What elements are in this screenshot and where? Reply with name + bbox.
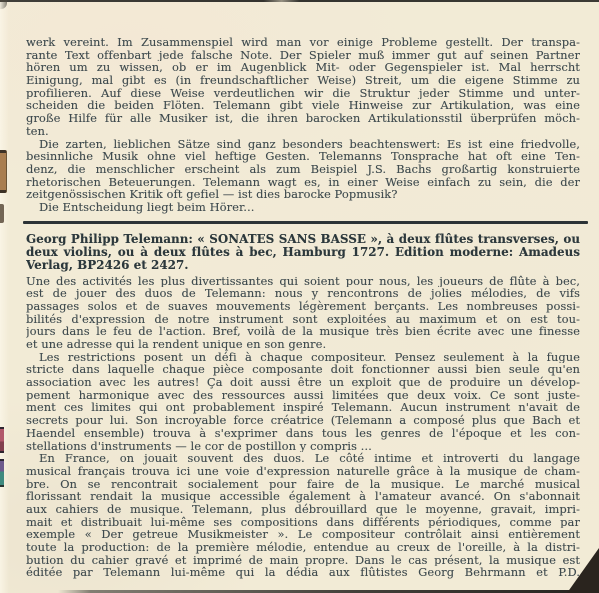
text-line: pement harmonique avec des ressources au…: [26, 389, 580, 402]
text-line: jours dans le feu de l'action. Bref, voi…: [26, 325, 580, 338]
text-line: toute la production: de la première mélo…: [26, 541, 580, 554]
text-line: Verlag, BP2426 et 2427.: [26, 259, 580, 272]
text-line: est de jouer des duos de Telemann: nous …: [26, 287, 580, 300]
text-line: Haendel ensemble) trouva à s'exprimer da…: [26, 427, 580, 440]
text-line: passages solos et de suaves mouvements l…: [26, 300, 580, 313]
scan-edge-top: [0, 0, 599, 2]
french-paragraph-2: Les restrictions posent un défi à chaque…: [26, 351, 580, 453]
adjacent-page-color-sliver: [0, 427, 4, 453]
text-line: bution du cahier gravé et imprimé de mai…: [26, 554, 580, 567]
text-line: hören um zu wissen, ob er im Augenblick …: [26, 61, 580, 74]
text-line: rante Text offenbart jede falsche Note. …: [26, 49, 580, 62]
text-line: Une des activités les plus divertissante…: [26, 275, 580, 288]
binding-mark: [0, 150, 7, 193]
scanned-booklet-page: werk vereint. Im Zusammenspiel wird man …: [0, 0, 599, 593]
page-left-margin: [0, 2, 9, 593]
german-section: werk vereint. Im Zusammenspiel wird man …: [26, 36, 580, 214]
french-section: Georg Philipp Telemann: « SONATES SANS B…: [26, 233, 580, 579]
adjacent-page-color-sliver: [0, 459, 4, 487]
page-corner-shadow: [567, 548, 599, 593]
text-line: ten.: [26, 125, 580, 138]
text-line: rhetorischen Beteuerungen. Telemann wagt…: [26, 176, 580, 189]
section-divider-rule: [23, 221, 588, 224]
text-line: werk vereint. Im Zusammenspiel wird man …: [26, 36, 580, 49]
text-line: association avec les autres! Ça doit aus…: [26, 376, 580, 389]
german-paragraph-1: werk vereint. Im Zusammenspiel wird man …: [26, 36, 580, 138]
french-title: Georg Philipp Telemann: « SONATES SANS B…: [26, 233, 580, 273]
text-line: Einigung, mal gibt es (in freundschaftli…: [26, 74, 580, 87]
text-line: mait et distribuait lui-même ses composi…: [26, 516, 580, 529]
text-line: secrets pour lui. Son incroyable force c…: [26, 414, 580, 427]
text-line: besinnliche Musik ohne viel heftige Gest…: [26, 150, 580, 163]
text-line: aux cahiers de musique. Telemann, plus d…: [26, 503, 580, 516]
text-line: éditée par Telemann lui-même qui la dédi…: [26, 566, 580, 579]
german-paragraph-3: Die Entscheidung liegt beim Hörer...: [26, 201, 580, 214]
text-line: Georg Philipp Telemann: « SONATES SANS B…: [26, 233, 580, 246]
text-line: ment ces limites qui ont probablement in…: [26, 401, 580, 414]
text-line: florissant rendait la musique accessible…: [26, 490, 580, 503]
text-line: bilités d'expression de notre instrument…: [26, 313, 580, 326]
text-line: Die Entscheidung liegt beim Hörer...: [26, 201, 580, 214]
text-line: profilieren. Auf diese Weise verdeutlich…: [26, 87, 580, 100]
text-line: bre. On se rencontrait socialement pour …: [26, 478, 580, 491]
text-line: deux violins, ou à deux flûtes à bec, Ha…: [26, 246, 580, 259]
binding-mark: [0, 204, 4, 223]
text-line: Die zarten, lieblichen Sätze sind ganz b…: [26, 138, 580, 151]
text-line: stellations d'instruments — le cor de po…: [26, 440, 580, 453]
text-line: musical français trouva ici une voie d'e…: [26, 465, 580, 478]
text-line: zeitgenössischen Kritik oft gefiel — ist…: [26, 188, 580, 201]
text-line: denz, die menschlicher erscheint als zum…: [26, 163, 580, 176]
french-paragraph-1: Une des activités les plus divertissante…: [26, 275, 580, 351]
french-paragraph-3: En France, on jouait souvent des duos. L…: [26, 452, 580, 579]
text-line: scheiden die beiden Flöten. Telemann gib…: [26, 99, 580, 112]
german-paragraph-2: Die zarten, lieblichen Sätze sind ganz b…: [26, 138, 580, 201]
text-line: et une adresse qui la rendent unique en …: [26, 338, 580, 351]
text-line: En France, on jouait souvent des duos. L…: [26, 452, 580, 465]
text-line: exemple « Der getreue Musikmeister ». Le…: [26, 528, 580, 541]
text-line: stricte dans laquelle chaque pièce compo…: [26, 363, 580, 376]
text-line: Les restrictions posent un défi à chaque…: [26, 351, 580, 364]
text-line: große Hilfe für alle Musiker ist, die ih…: [26, 112, 580, 125]
